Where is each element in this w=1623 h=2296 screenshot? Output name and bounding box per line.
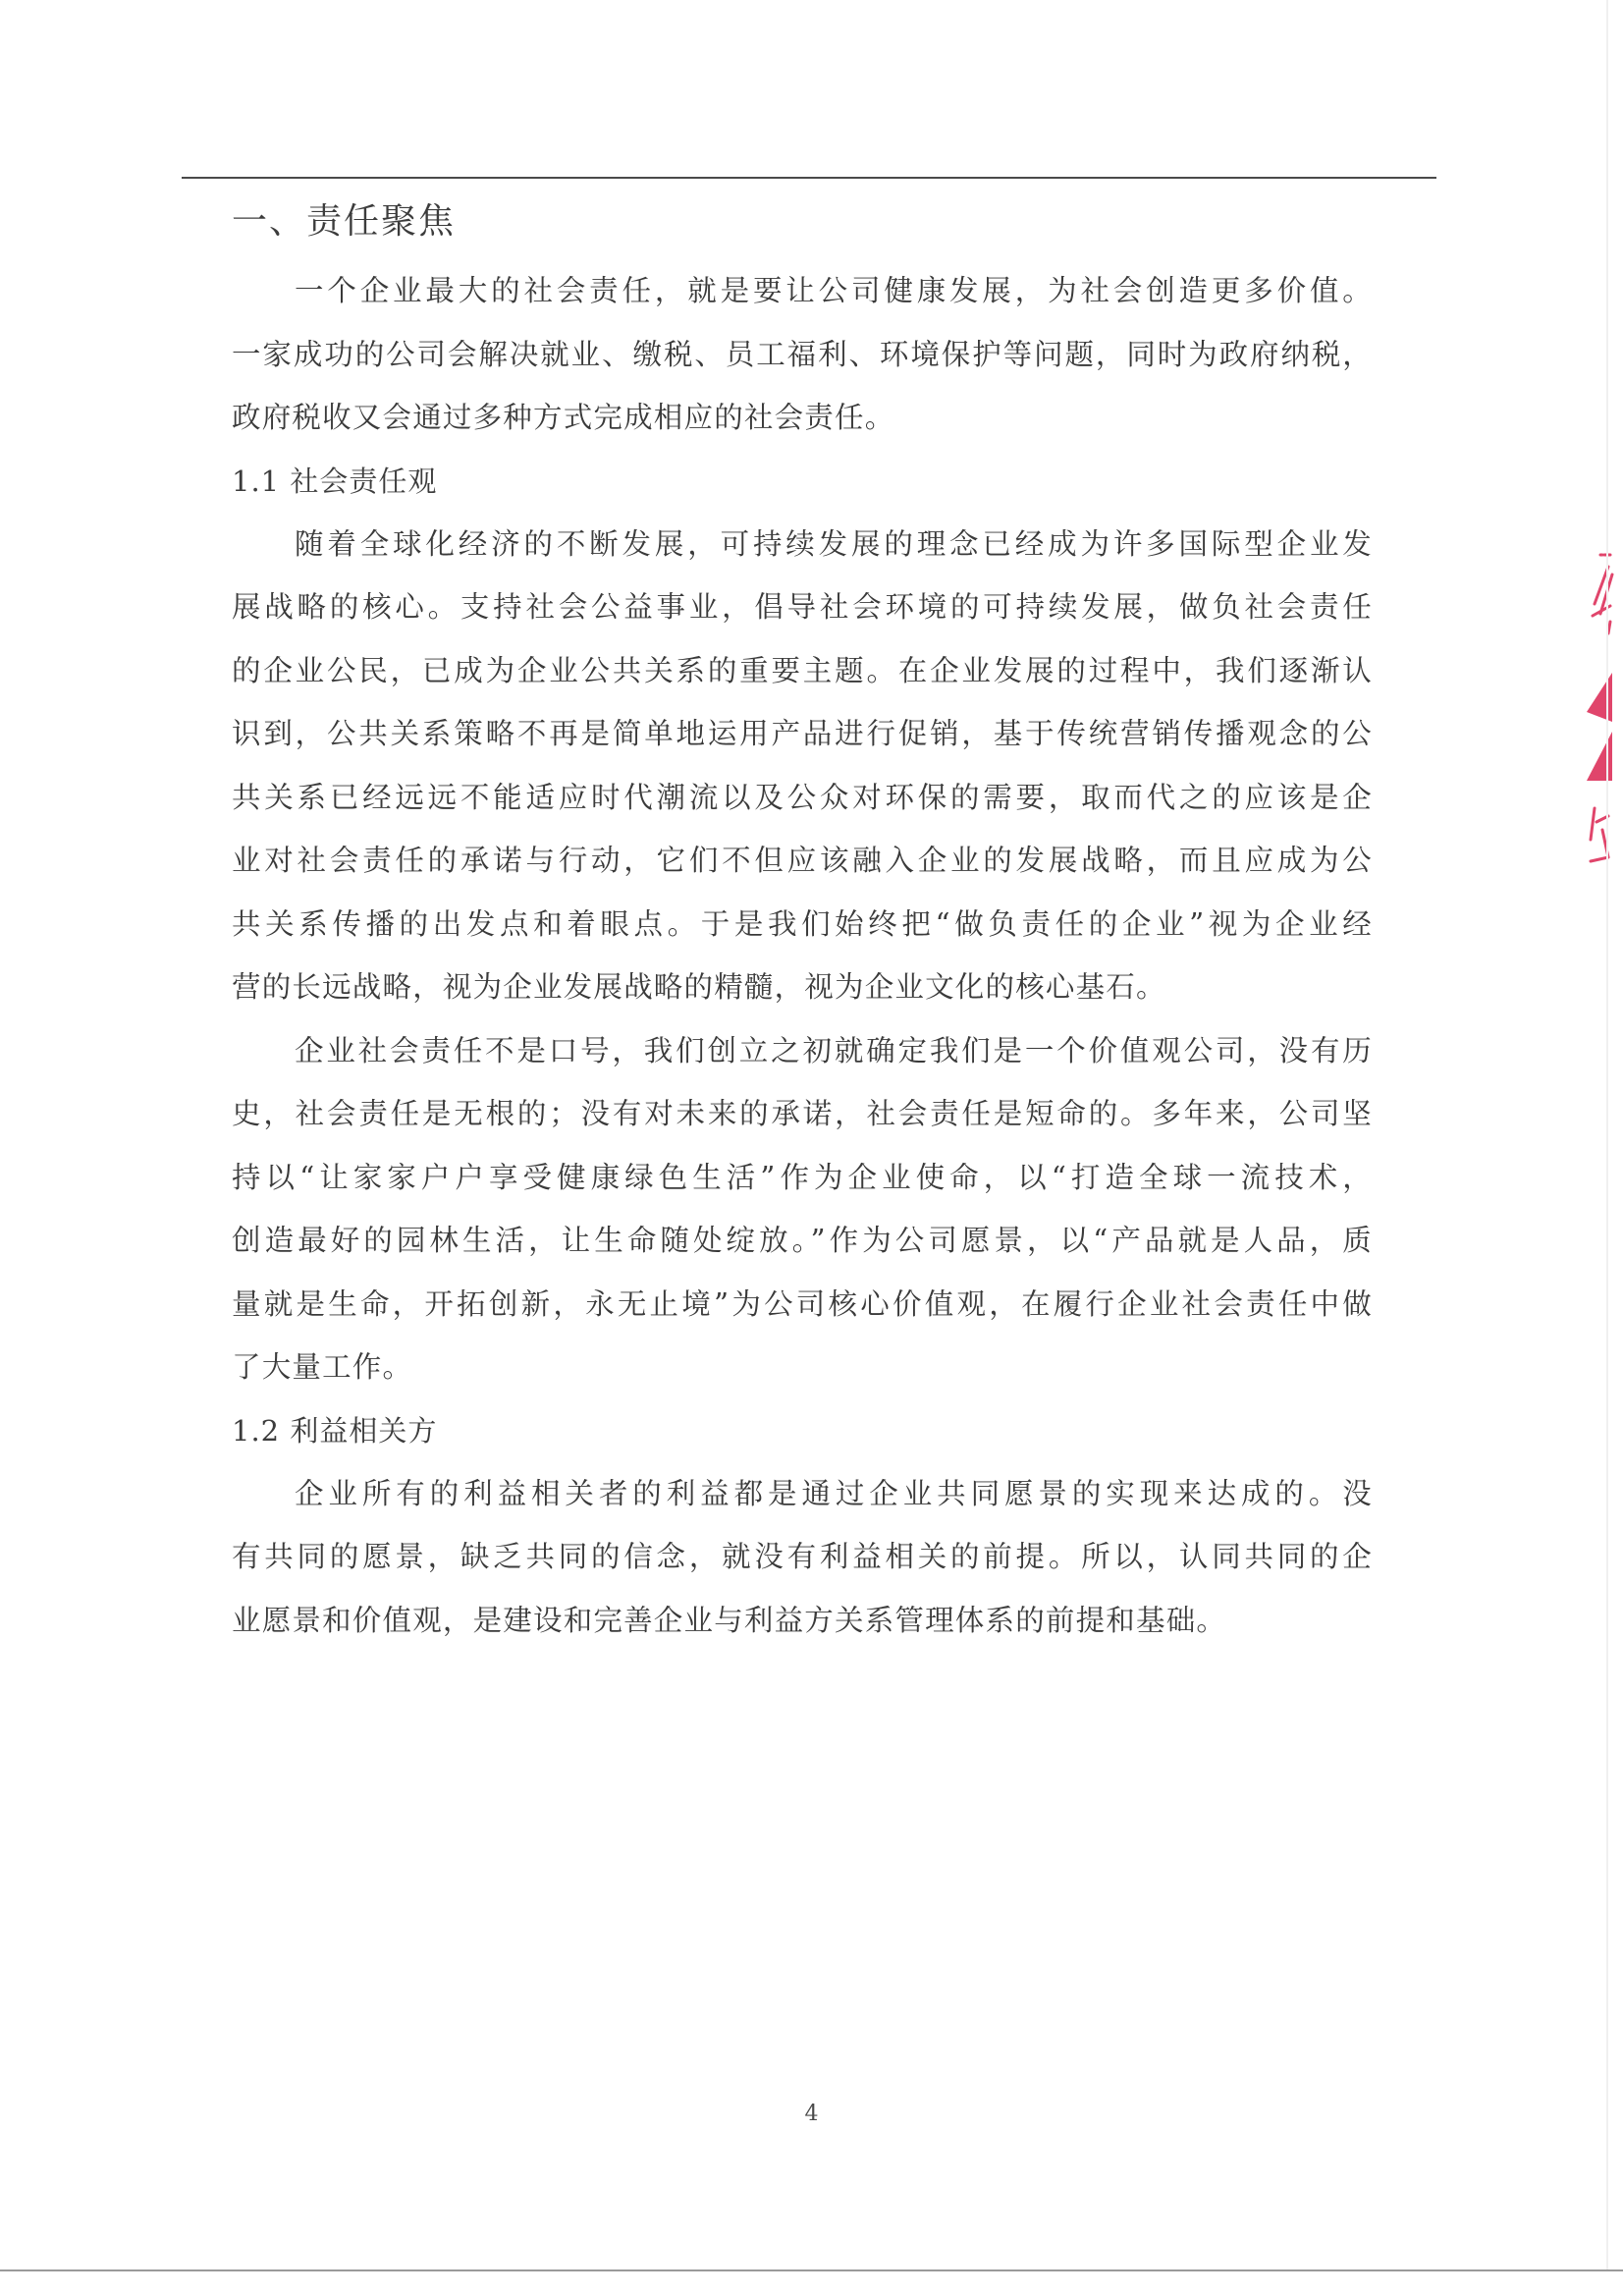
document-body: 一、责任聚焦 一个企业最大的社会责任，就是要让公司健康发展，为社会创造更多价值。…	[232, 192, 1373, 1652]
text-line: 创造最好的园林生活，让生命随处绽放。”作为公司愿景，以“产品就是人品，质	[232, 1209, 1373, 1273]
text-line: 业愿景和价值观，是建设和完善企业与利益方关系管理体系的前提和基础。	[232, 1589, 1373, 1653]
intro-paragraph: 一个企业最大的社会责任，就是要让公司健康发展，为社会创造更多价值。 一家成功的公…	[232, 259, 1373, 450]
text-line: 企业社会责任不是口号，我们创立之初就确定我们是一个价值观公司，没有历	[232, 1019, 1373, 1083]
text-line: 营的长远战略，视为企业发展战略的精髓，视为企业文化的核心基石。	[232, 956, 1373, 1019]
section-title: 一、责任聚焦	[232, 192, 1373, 251]
page-edge	[1606, 0, 1608, 2270]
text-line: 有共同的愿景，缺乏共同的信念，就没有利益相关的前提。所以，认同共同的企	[232, 1525, 1373, 1589]
text-line: 共关系已经远远不能适应时代潮流以及公众对环保的需要，取而代之的应该是企	[232, 766, 1373, 830]
document-page: 一、责任聚焦 一个企业最大的社会责任，就是要让公司健康发展，为社会创造更多价值。…	[0, 0, 1623, 2296]
text-line: 量就是生命，开拓创新，永无止境”为公司核心价值观，在履行企业社会责任中做	[232, 1273, 1373, 1337]
text-line: 业对社会责任的承诺与行动，它们不但应该融入企业的发展战略，而且应成为公	[232, 829, 1373, 893]
text-line: 企业所有的利益相关者的利益都是通过企业共同愿景的实现来达成的。没	[232, 1462, 1373, 1526]
paragraph-stakeholders: 企业所有的利益相关者的利益都是通过企业共同愿景的实现来达成的。没 有共同的愿景，…	[232, 1462, 1373, 1653]
paragraph-csr-view: 随着全球化经济的不断发展，可持续发展的理念已经成为许多国际型企业发 展战略的核心…	[232, 513, 1373, 1019]
bottom-edge	[0, 2269, 1623, 2271]
header-rule	[182, 177, 1436, 179]
text-line: 政府税收又会通过多种方式完成相应的社会责任。	[232, 386, 1373, 450]
text-line: 展战略的核心。支持社会公益事业，倡导社会环境的可持续发展，做负社会责任	[232, 575, 1373, 639]
text-line: 随着全球化经济的不断发展，可持续发展的理念已经成为许多国际型企业发	[232, 513, 1373, 576]
text-line: 一个企业最大的社会责任，就是要让公司健康发展，为社会创造更多价值。	[232, 259, 1373, 323]
text-line: 持以“让家家户户享受健康绿色生活”作为企业使命，以“打造全球一流技术，	[232, 1146, 1373, 1210]
subsection-title-1-1: 1.1 社会责任观	[232, 450, 1373, 513]
text-line: 识到，公共关系策略不再是简单地运用产品进行促销，基于传统营销传播观念的公	[232, 702, 1373, 766]
paragraph-csr-commitment: 企业社会责任不是口号，我们创立之初就确定我们是一个价值观公司，没有历 史，社会责…	[232, 1019, 1373, 1399]
page-number: 4	[0, 2102, 1623, 2126]
text-line: 的企业公民，已成为企业公共关系的重要主题。在企业发展的过程中，我们逐渐认	[232, 639, 1373, 703]
subsection-title-1-2: 1.2 利益相关方	[232, 1399, 1373, 1462]
seal-stamp-icon	[1581, 545, 1614, 879]
text-line: 了大量工作。	[232, 1336, 1373, 1399]
text-line: 共关系传播的出发点和着眼点。于是我们始终把“做负责任的企业”视为企业经	[232, 893, 1373, 957]
text-line: 一家成功的公司会解决就业、缴税、员工福利、环境保护等问题，同时为政府纳税，	[232, 323, 1373, 387]
text-line: 史，社会责任是无根的；没有对未来的承诺，社会责任是短命的。多年来，公司坚	[232, 1082, 1373, 1146]
